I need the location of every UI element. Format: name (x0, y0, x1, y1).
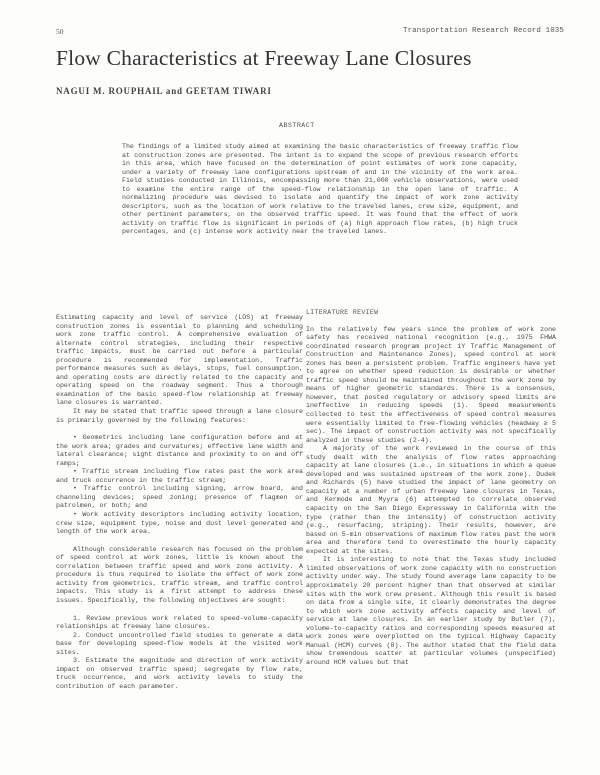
lit-review-paragraph-2: A majority of the work reviewed in the c… (306, 445, 556, 556)
abstract-text: The findings of a limited study aimed at… (122, 143, 518, 237)
abstract-heading: ABSTRACT (279, 122, 315, 129)
features-intro-paragraph: It may be stated that traffic speed thro… (56, 408, 303, 425)
right-column: LITERATURE REVIEW In the relatively few … (306, 309, 556, 667)
bullet-work-activity: • Work activity descriptors including ac… (56, 511, 303, 537)
bullet-traffic-control: • Traffic control including signing, arr… (56, 485, 303, 511)
intro-paragraph: Estimating capacity and level of service… (56, 314, 303, 408)
objective-1: 1. Review previous work related to speed… (56, 615, 303, 632)
page-number: 50 (56, 27, 64, 36)
section-heading-literature-review: LITERATURE REVIEW (306, 309, 556, 318)
authors: NAGUI M. ROUPHAIL and GEETAM TIWARI (56, 86, 272, 96)
objective-3: 3. Estimate the magnitude and direction … (56, 657, 303, 691)
objectives-intro-paragraph: Although considerable research has focus… (56, 546, 303, 606)
paper-title: Flow Characteristics at Freeway Lane Clo… (56, 46, 472, 71)
lit-review-paragraph-1: In the relatively few years since the pr… (306, 326, 556, 446)
objective-2: 2. Conduct uncontrolled field studies to… (56, 632, 303, 658)
lit-review-paragraph-3: It is interesting to note that the Texas… (306, 556, 556, 667)
bullet-traffic-stream: • Traffic stream including flow rates pa… (56, 468, 303, 485)
bullet-geometrics: • Geometrics including lane configuratio… (56, 434, 303, 468)
paper-page: 50 Transportation Research Record 1035 F… (0, 0, 600, 775)
left-column: Estimating capacity and level of service… (56, 314, 303, 691)
journal-name: Transportation Research Record 1035 (403, 27, 564, 35)
